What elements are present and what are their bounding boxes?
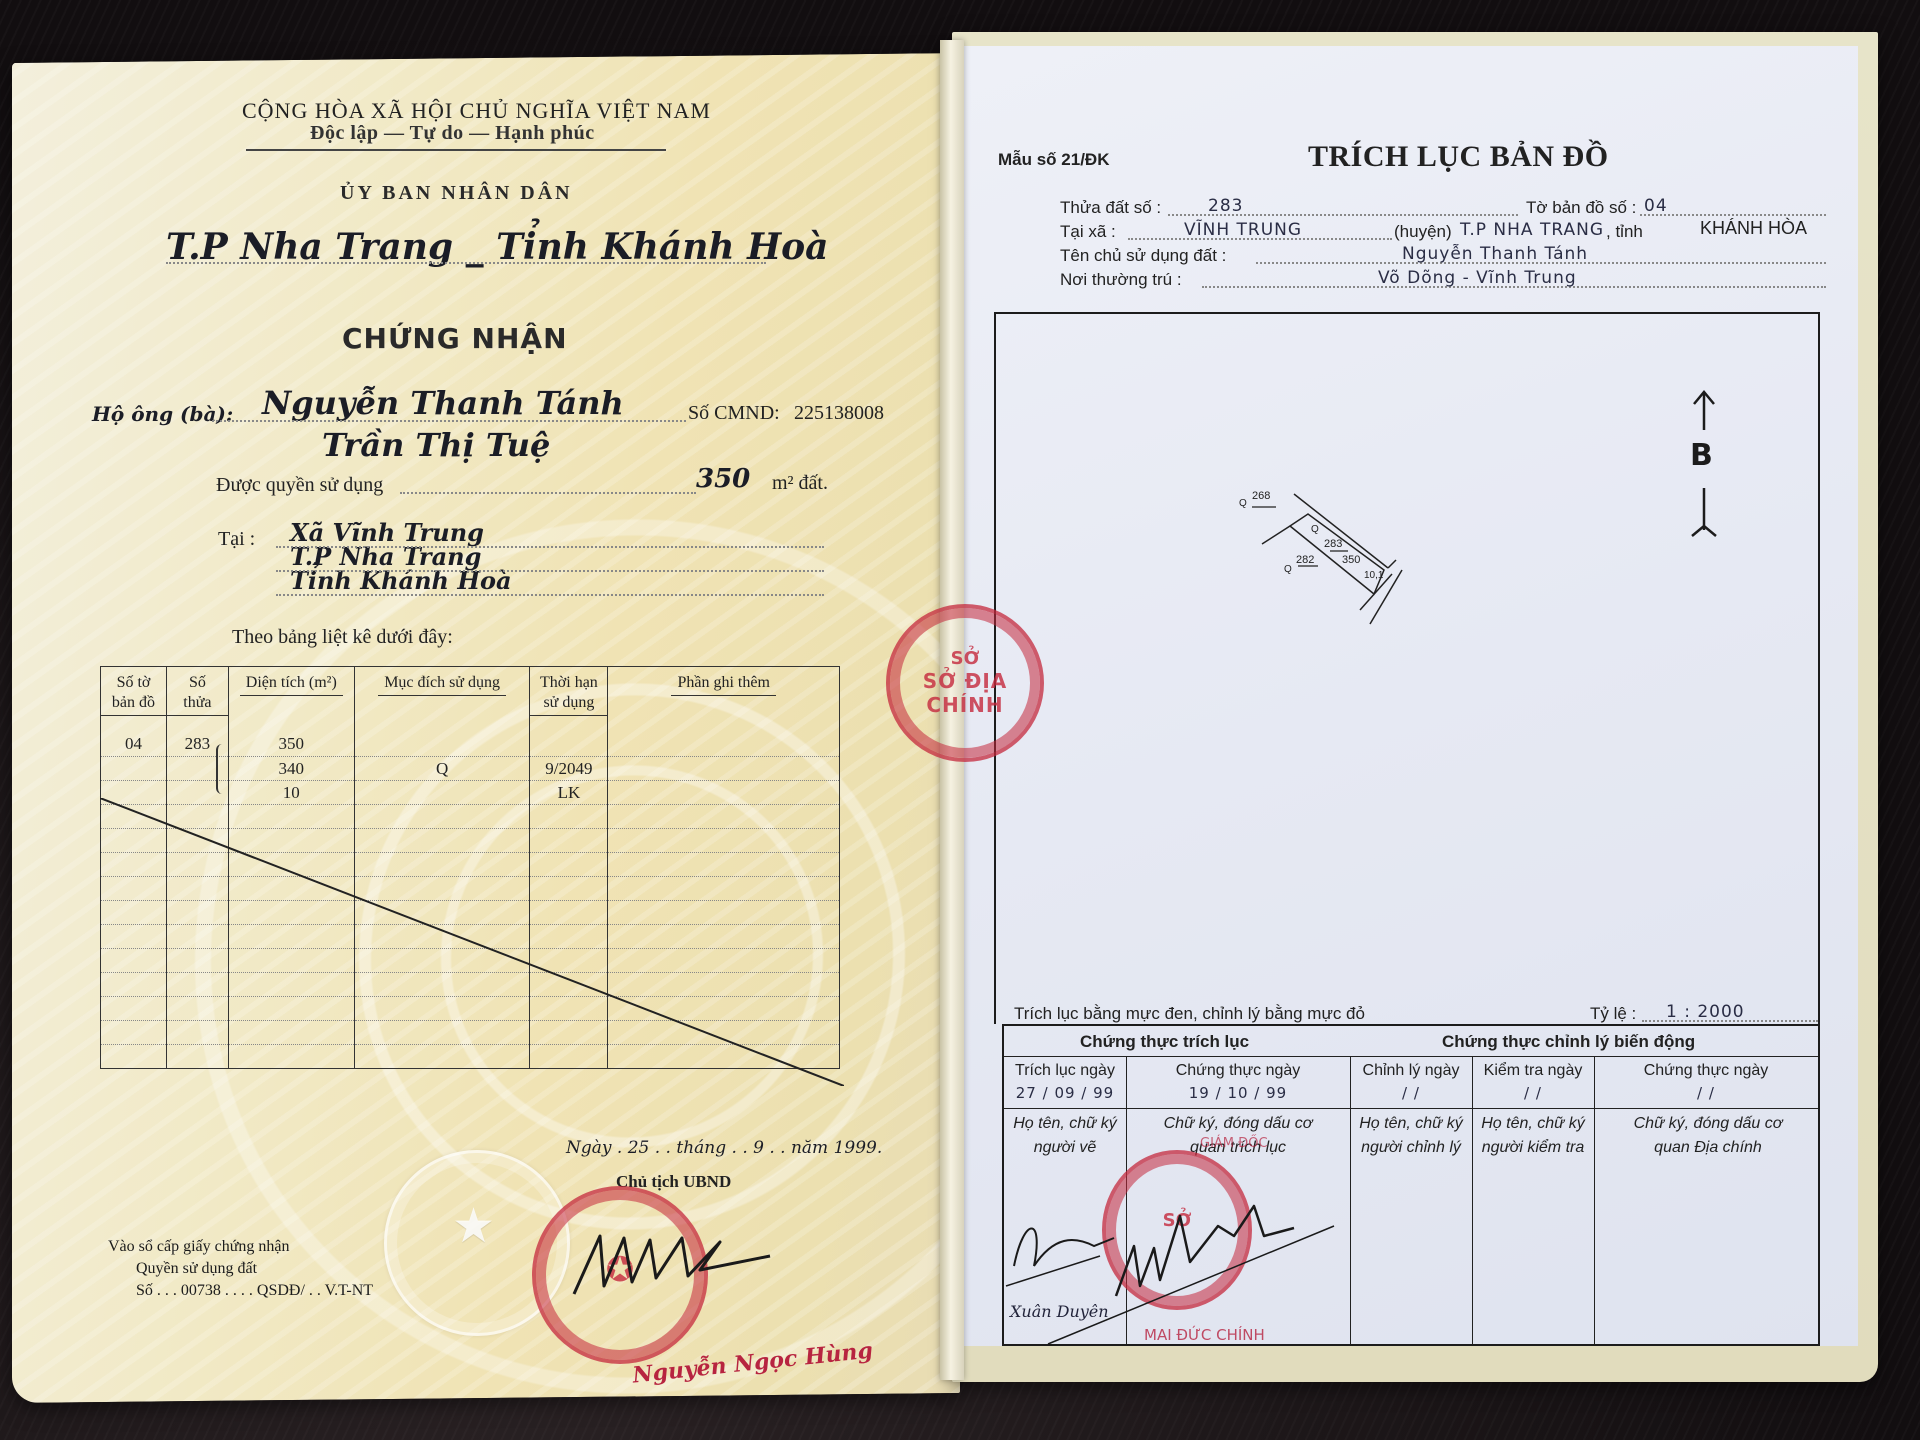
table-row-empty	[101, 973, 840, 997]
nation-heading: CỘNG HÒA XÃ HỘI CHỦ NGHĨA VIỆT NAM	[242, 98, 711, 124]
holder-name-2: Trần Thị Tuệ	[322, 426, 550, 464]
table-row-empty	[101, 925, 840, 949]
table-intro: Theo bảng liệt kê dưới đây:	[232, 626, 453, 649]
province-value: KHÁNH HÒA	[1700, 218, 1807, 239]
table-row-empty	[101, 853, 840, 877]
area-bracket	[216, 744, 222, 794]
table-row-empty	[101, 829, 840, 853]
register-line-1: Vào sổ cấp giấy chứng nhận	[108, 1238, 290, 1256]
parcel-282-number: 282	[1296, 554, 1314, 566]
parcel-282-code: Q	[1284, 564, 1292, 575]
land-agency-sign-label: Chữ ký, đóng dấu cơ quan Địa chính	[1614, 1112, 1802, 1160]
owner-value: Nguyễn Thanh Tánh	[1402, 244, 1588, 264]
certify-date-label: Chứng thực ngày	[1126, 1062, 1350, 1080]
table-row-empty	[101, 997, 840, 1021]
commune-value: VĨNH TRUNG	[1184, 220, 1302, 240]
table-row-empty	[101, 1021, 840, 1045]
form-code: Mẫu số 21/ĐK	[998, 150, 1109, 170]
director-title: GIÁM ĐỐC	[1200, 1136, 1268, 1151]
register-line-2: Quyền sử dụng đất	[136, 1260, 257, 1278]
col-header-notes: Phần ghi thêm	[608, 667, 840, 733]
parcel-number: 283	[1208, 196, 1243, 216]
col-header-map-sheet: Số tờ bản đồ	[101, 667, 167, 733]
holder-name-1: Nguyễn Thanh Tánh	[262, 384, 624, 422]
land-department-seal: SỞ SỞ ĐỊA CHÍNH	[886, 604, 1044, 762]
certification-grid: Chứng thực trích lục Chứng thực chỉnh lý…	[1002, 1024, 1820, 1346]
table-row: 04283350	[101, 733, 840, 757]
map-extract-title: TRÍCH LỤC BẢN ĐỒ	[1308, 140, 1609, 174]
col-header-term: Thời hạn sử dụng	[530, 667, 608, 733]
id-label: Số CMND:	[688, 402, 780, 425]
table-row: 340Q9/2049	[101, 757, 840, 781]
parcel-268-code: Q	[1239, 498, 1247, 509]
owner-label: Tên chủ sử dụng đất :	[1060, 246, 1226, 266]
parcel-283-area: 350	[1342, 554, 1360, 566]
residence-value: Võ Dõng - Vĩnh Trung	[1378, 268, 1577, 288]
table-row-empty	[101, 805, 840, 829]
area-value: 350	[696, 464, 750, 494]
check-date: / /	[1472, 1084, 1594, 1102]
scale-label: Tỷ lệ :	[1590, 1004, 1636, 1024]
col-header-purpose: Mục đích sử dụng	[354, 667, 530, 733]
sheet-number: 04	[1644, 196, 1668, 216]
parcel-283-number: 283	[1324, 538, 1342, 550]
change-certify-date-label: Chứng thực ngày	[1594, 1062, 1818, 1080]
north-label: B	[1690, 438, 1713, 473]
check-date-label: Kiểm tra ngày	[1472, 1062, 1594, 1080]
extract-date-label: Trích lục ngày	[1004, 1062, 1126, 1080]
register-number: Số . . . 00738 . . . . QSDĐ/ . . V.T-NT	[136, 1282, 373, 1300]
table-row-empty	[101, 877, 840, 901]
id-number: 225138008	[794, 402, 884, 425]
area-unit: m² đất.	[772, 472, 828, 495]
star-icon: ★	[452, 1198, 495, 1254]
location-label: Tại :	[218, 528, 255, 551]
holder-label: Hộ ông (bà):	[92, 402, 233, 426]
right-to-use-label: Được quyền sử dụng	[216, 474, 383, 497]
heading-rule	[246, 149, 666, 151]
parcel-label: Thửa đất số :	[1060, 198, 1161, 218]
land-parcel-table: Số tờ bản đồ Số thửa Diện tích (m²) Mục …	[100, 666, 840, 1069]
parcel-268-number: 268	[1252, 490, 1270, 502]
issuer-heading: ỦY BAN NHÂN DÂN	[340, 182, 573, 205]
residence-label: Nơi thường trú :	[1060, 270, 1182, 290]
parcel-283-frontage: 10,1	[1364, 570, 1383, 581]
district-label: (huyện)	[1394, 222, 1452, 242]
cert-change-heading: Chứng thực chỉnh lý biến động	[1442, 1032, 1695, 1052]
certificate-title: CHỨNG NHẬN	[342, 322, 568, 355]
ink-note: Trích lục bằng mực đen, chỉnh lý bằng mự…	[1014, 1004, 1365, 1024]
adjust-date: / /	[1350, 1084, 1472, 1102]
parcel-283-code: Q	[1311, 524, 1319, 535]
table-row-empty	[101, 901, 840, 925]
national-motto: Độc lập — Tự do — Hạnh phúc	[310, 122, 595, 145]
certify-date: 19 / 10 / 99	[1126, 1084, 1350, 1102]
scale-value: 1 : 2000	[1666, 1002, 1745, 1022]
adjuster-sign-label: Họ tên, chữ ký người chỉnh lý	[1354, 1112, 1468, 1160]
cert-extract-heading: Chứng thực trích lục	[1080, 1032, 1249, 1052]
district-value: T.P NHA TRANG	[1460, 220, 1604, 240]
province-label: , tỉnh	[1606, 222, 1643, 242]
drafter-name: Xuân Duyên	[1010, 1302, 1109, 1321]
sheet-label: Tờ bản đồ số :	[1526, 198, 1636, 218]
change-certify-date: / /	[1594, 1084, 1818, 1102]
adjust-date-label: Chỉnh lý ngày	[1350, 1062, 1472, 1080]
table-row-empty	[101, 1045, 840, 1069]
extract-date: 27 / 09 / 99	[1004, 1084, 1126, 1102]
drafter-sign-label: Họ tên, chữ ký người vẽ	[1008, 1112, 1122, 1160]
checker-sign-label: Họ tên, chữ ký người kiểm tra	[1476, 1112, 1590, 1160]
col-header-parcel-no: Số thửa	[166, 667, 228, 733]
table-row-empty	[101, 949, 840, 973]
issue-date: Ngày . 25 . . tháng . . 9 . . năm 1999.	[566, 1138, 882, 1158]
col-header-area: Diện tích (m²)	[228, 667, 354, 733]
commune-label: Tại xã :	[1060, 222, 1116, 242]
table-row: 10LK	[101, 781, 840, 805]
chairman-signature	[570, 1216, 800, 1306]
director-name: MAI ĐỨC CHÍNH	[1144, 1326, 1265, 1344]
